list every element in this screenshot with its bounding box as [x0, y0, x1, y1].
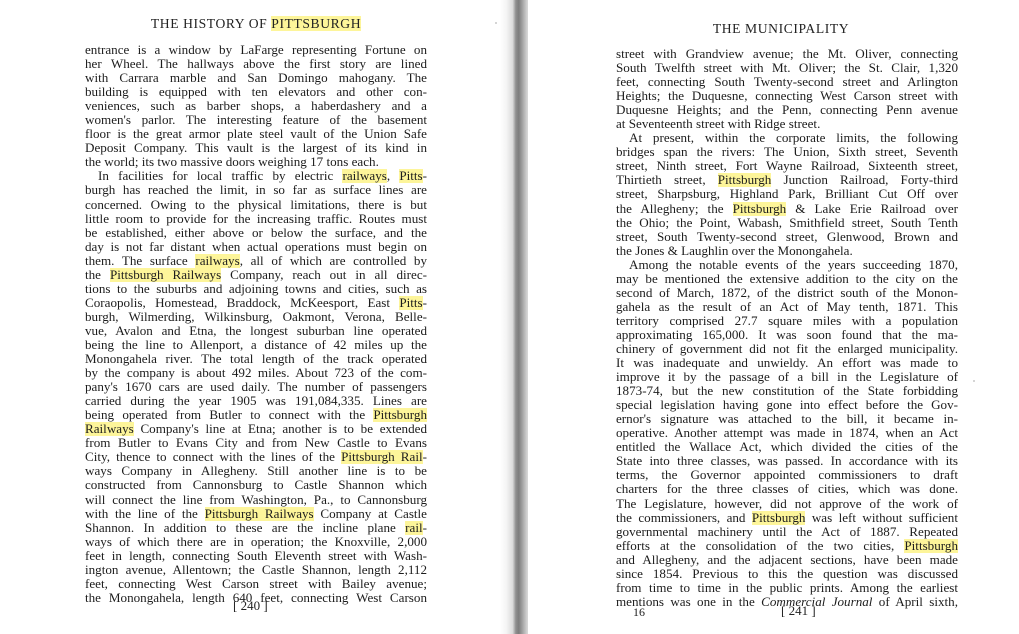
text-line: 1873-74, but the new constitution of the… — [616, 384, 958, 398]
search-highlight: PITTSBURGH — [271, 16, 361, 31]
book-spread: THE HISTORY OF PITTSBURGH entrance is a … — [0, 0, 1019, 634]
italic-title: Commercial Journal — [761, 595, 872, 609]
text-line: entitled the Wallace Act, which divided … — [616, 440, 958, 454]
text-line: chinery of government did not fit the en… — [616, 342, 958, 356]
text-line: them. The surface railways, all of which… — [85, 254, 427, 268]
text-line: being the line to Allenport, a distance … — [85, 338, 427, 352]
text-line: women's parlor. The interesting feature … — [85, 113, 427, 127]
page-number-left: [ 240 ] — [233, 598, 268, 614]
text-line: with the line of the Pittsburgh Railways… — [85, 507, 427, 521]
left-page: THE HISTORY OF PITTSBURGH entrance is a … — [0, 0, 508, 634]
text-line: the Allegheny; the Pittsburgh & Lake Eri… — [616, 202, 958, 216]
search-highlight: Pittsburgh — [373, 408, 427, 422]
text-line: approximating 165,000. It was soon found… — [616, 328, 958, 342]
text-line: Duquesne Heights; and the Penn, connecti… — [616, 103, 958, 117]
text-line: Shannon. In addition to these are the in… — [85, 521, 427, 535]
text-line: State into three classes, was passed. In… — [616, 454, 958, 468]
text-line: carried during the year 1905 was 191,084… — [85, 394, 427, 408]
text-line: ways of which there are in operation; th… — [85, 535, 427, 549]
text-line: terms, the Governor appointed commission… — [616, 468, 958, 482]
text-line: vue, Avalon and Etna, the longest suburb… — [85, 324, 427, 338]
text-line: Railways Company's line at Etna; another… — [85, 422, 427, 436]
text-line: operative. Another attempt was made in 1… — [616, 426, 958, 440]
text-line: the world; its two massive doors weighin… — [85, 155, 427, 169]
text-line: at Seventeenth street with Ridge street. — [616, 117, 958, 131]
text-line: the Pittsburgh Railways Company, reach o… — [85, 268, 427, 282]
text-line: street, Ninth street, Fort Wayne Railroa… — [616, 159, 958, 173]
text-line: Thirtieth street, Pittsburgh Junction Ra… — [616, 173, 958, 187]
text-line: feet in length, connecting South Elevent… — [85, 549, 427, 563]
left-page-text: entrance is a window by LaFarge represen… — [85, 43, 427, 605]
text-line: efforts at the consolidation of the two … — [616, 539, 958, 553]
text-line: street, Sharpsburg, Highland Park, Brill… — [616, 187, 958, 201]
search-highlight: Pitts — [399, 169, 422, 183]
text-line: the Jones & Laughlin over the Monongahel… — [616, 244, 958, 258]
text-line: At present, within the corporate limits,… — [616, 131, 958, 145]
search-highlight: rail — [405, 521, 422, 535]
scan-speck — [495, 22, 497, 24]
text-line: constructed from Cannonsburg to Castle S… — [85, 478, 427, 492]
text-line: Monongahela river. The total length of t… — [85, 352, 427, 366]
text-line: charters for the three classes of cities… — [616, 482, 958, 496]
text-line: improve it by the passage of a bill in t… — [616, 370, 958, 384]
text-line: entrance is a window by LaFarge represen… — [85, 43, 427, 57]
text-line: her Wheel. The hallways above the first … — [85, 57, 427, 71]
text-line: from Butler to Evans City and from New C… — [85, 436, 427, 450]
text-line: second of March, 1872, of the district s… — [616, 286, 958, 300]
search-highlight: Pittsburgh — [904, 539, 958, 553]
scan-speck — [973, 380, 975, 382]
search-highlight: Pittsburgh Railways — [205, 507, 314, 521]
text-line: by the company is about 492 miles. About… — [85, 366, 427, 380]
text-line: being operated from Butler to connect wi… — [85, 408, 427, 422]
text-line: ways Company in Allegheny. Still another… — [85, 464, 427, 478]
text-line: governmental machinery until the Act of … — [616, 525, 958, 539]
text-line: will connect the line from Washington, P… — [85, 493, 427, 507]
search-highlight: Pittsburgh Railways — [110, 268, 221, 282]
search-highlight: railways — [342, 169, 386, 183]
page-number-right: [ 241 ] — [781, 603, 816, 619]
text-line: the commissioners, and Pittsburgh was le… — [616, 511, 958, 525]
text-line: territory comprised 27.7 square miles wi… — [616, 314, 958, 328]
text-line: veniences, such as barber shops, a haber… — [85, 99, 427, 113]
right-page: THE MUNICIPALITY street with Grandview a… — [528, 0, 1019, 634]
text-line: pany's 1670 cars are used daily. The num… — [85, 380, 427, 394]
text-line: burgh, Wilmerding, Wilkinsburg, Oakmont,… — [85, 310, 427, 324]
text-line: tions to the suburbs and adjoining towns… — [85, 282, 427, 296]
text-line: be established, either above or below th… — [85, 226, 427, 240]
text-line: It was inadequate and unwieldy. An effor… — [616, 356, 958, 370]
text-line: special legislation having gone into eff… — [616, 398, 958, 412]
text-line: gahela as the result of an Act of May te… — [616, 300, 958, 314]
text-line: Deposit Company. This vault is the large… — [85, 141, 427, 155]
text-line: ington avenue, Allentown; the Castle Sha… — [85, 563, 427, 577]
text-line: day is not far distant when actual opera… — [85, 240, 427, 254]
running-head-prefix: THE HISTORY OF — [151, 16, 271, 31]
right-page-text: street with Grandview avenue; the Mt. Ol… — [616, 47, 958, 609]
search-highlight: Railways — [85, 422, 134, 436]
text-line: bridges span the rivers: The Union, Sixt… — [616, 145, 958, 159]
search-highlight: Pittsburgh — [718, 173, 772, 187]
text-line: from time to time in the public prints. … — [616, 581, 958, 595]
running-head-right: THE MUNICIPALITY — [608, 21, 954, 37]
signature-mark: 16 — [633, 605, 645, 620]
text-line: South Twelfth street with Mt. Oliver; th… — [616, 61, 958, 75]
text-line: since 1854. Previous to this the questio… — [616, 567, 958, 581]
text-line: concerned. Owing to the physical limitat… — [85, 198, 427, 212]
text-line: Among the notable events of the years su… — [616, 258, 958, 272]
text-line: may be mentioned the extensive addition … — [616, 272, 958, 286]
running-head-left: THE HISTORY OF PITTSBURGH — [85, 16, 427, 32]
text-line: ernor's signature was attached to the bi… — [616, 412, 958, 426]
text-line: street with Grandview avenue; the Mt. Ol… — [616, 47, 958, 61]
text-line: burgh has reached the limit, in so far a… — [85, 183, 427, 197]
search-highlight: Pitts — [399, 296, 422, 310]
text-line: The Legislature, however, did not approv… — [616, 497, 958, 511]
text-line: Heights; the Duquesne, connecting West C… — [616, 89, 958, 103]
search-highlight: Pittsburgh — [752, 511, 806, 525]
text-line: City, thence to connect with the lines o… — [85, 450, 427, 464]
text-line: the Ohio; the Point, Wabash, Smithfield … — [616, 216, 958, 230]
text-line: floor is the great armor plate steel vau… — [85, 127, 427, 141]
text-line: In facilities for local traffic by elect… — [85, 169, 427, 183]
text-line: little room to provide for the increasin… — [85, 212, 427, 226]
text-line: feet, connecting South Twenty-second str… — [616, 75, 958, 89]
search-highlight: railways — [195, 254, 239, 268]
search-highlight: Pittsburgh Rail — [341, 450, 423, 464]
text-line: Coraopolis, Homestead, Braddock, McKeesp… — [85, 296, 427, 310]
text-line: with Carrara marble and San Domingo maho… — [85, 71, 427, 85]
search-highlight: Pittsburgh — [733, 202, 787, 216]
text-line: feet, connecting West Carson street with… — [85, 577, 427, 591]
text-line: street, South Twenty-second street, Glen… — [616, 230, 958, 244]
text-line: building is equipped with ten elevators … — [85, 85, 427, 99]
text-line: and Allegheny, and the adjacent sections… — [616, 553, 958, 567]
